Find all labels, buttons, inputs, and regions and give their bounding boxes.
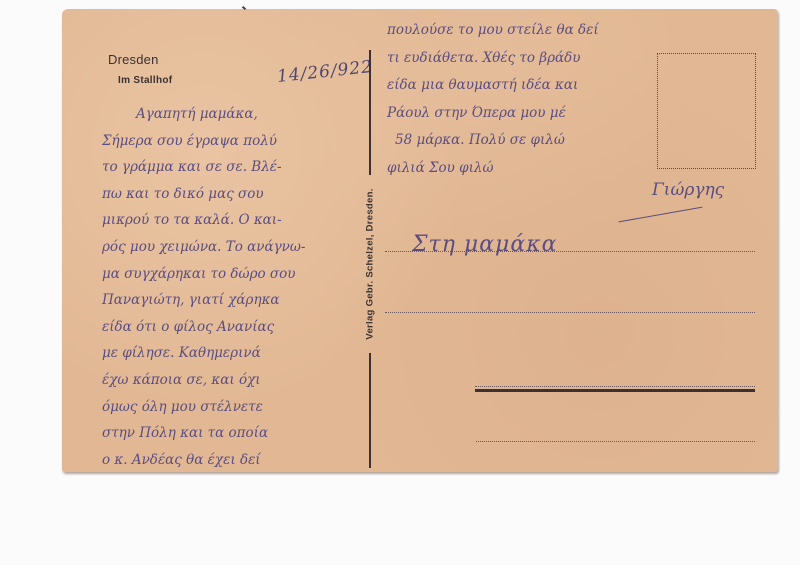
message-line: είδα μια θαυμαστή ιδέα και xyxy=(387,72,599,100)
message-line: μα συγχάρηκαι το δώρο σου xyxy=(102,261,305,288)
address-line-4 xyxy=(476,441,755,442)
message-line: πουλούσε το μου στείλε θα δεί xyxy=(387,17,599,45)
message-line: μικρού το τα καλά. Ο και- xyxy=(102,207,305,234)
message-line: φιλιά Σου φιλώ xyxy=(387,155,599,183)
signature-underline xyxy=(619,207,703,223)
message-left-column: Αγαπητή μαμάκα, Σήμερα σου έγραψα πολύ τ… xyxy=(102,101,305,473)
message-line: ο κ. Ανδέας θα έχει δεί xyxy=(102,447,305,474)
message-line: έχω κάποια σε, και όχι xyxy=(102,367,305,394)
message-line: είδα ότι ο φίλος Ανανίας xyxy=(102,314,305,341)
handwritten-date: 14/26/922 xyxy=(276,57,374,87)
message-line: Ράουλ στην Όπερα μου μέ xyxy=(387,100,599,128)
address-line-1 xyxy=(385,251,755,252)
center-divider-top xyxy=(369,50,371,175)
message-line: Αγαπητή μαμάκα, xyxy=(102,101,305,128)
postcard: Dresden Im Stallhof 14/26/922 Αγαπητή μα… xyxy=(62,9,778,472)
message-line: στην Πόλη και τα οποία xyxy=(102,420,305,447)
message-line: όμως όλη μου στέλνετε xyxy=(102,394,305,421)
message-line: Σήμερα σου έγραψα πολύ xyxy=(102,128,305,155)
message-right-column: πουλούσε το μου στείλε θα δεί τι ευδιάθε… xyxy=(387,17,599,182)
message-line: το γράμμα και σε σε. Βλέ- xyxy=(102,154,305,181)
address-line-3-dotted xyxy=(475,386,755,387)
message-line: πω και το δικό μας σου xyxy=(102,181,305,208)
stamp-box xyxy=(657,53,756,169)
message-line: Παναγιώτη, γιατί χάρηκα xyxy=(102,287,305,314)
message-line: με φίλησε. Καθημερινά xyxy=(102,340,305,367)
ink-speck xyxy=(242,6,246,10)
publisher-imprint: Verlag Gebr. Schelzel, Dresden. xyxy=(365,188,376,339)
center-divider-bottom xyxy=(369,353,371,468)
address-line-2 xyxy=(385,312,755,313)
address-line-3-solid xyxy=(475,389,755,392)
addressee-name: Στη μαμάκα xyxy=(412,232,558,257)
message-line: ρός μου χειμώνα. Το ανάγνω- xyxy=(102,234,305,261)
printed-city-title: Dresden xyxy=(108,52,159,67)
message-line: 58 μάρκα. Πολύ σε φιλώ xyxy=(387,127,599,155)
message-line: τι ευδιάθετα. Χθές το βράδυ xyxy=(387,45,599,73)
signature: Γιώργης xyxy=(652,180,724,200)
printed-location-subtitle: Im Stallhof xyxy=(118,75,172,86)
